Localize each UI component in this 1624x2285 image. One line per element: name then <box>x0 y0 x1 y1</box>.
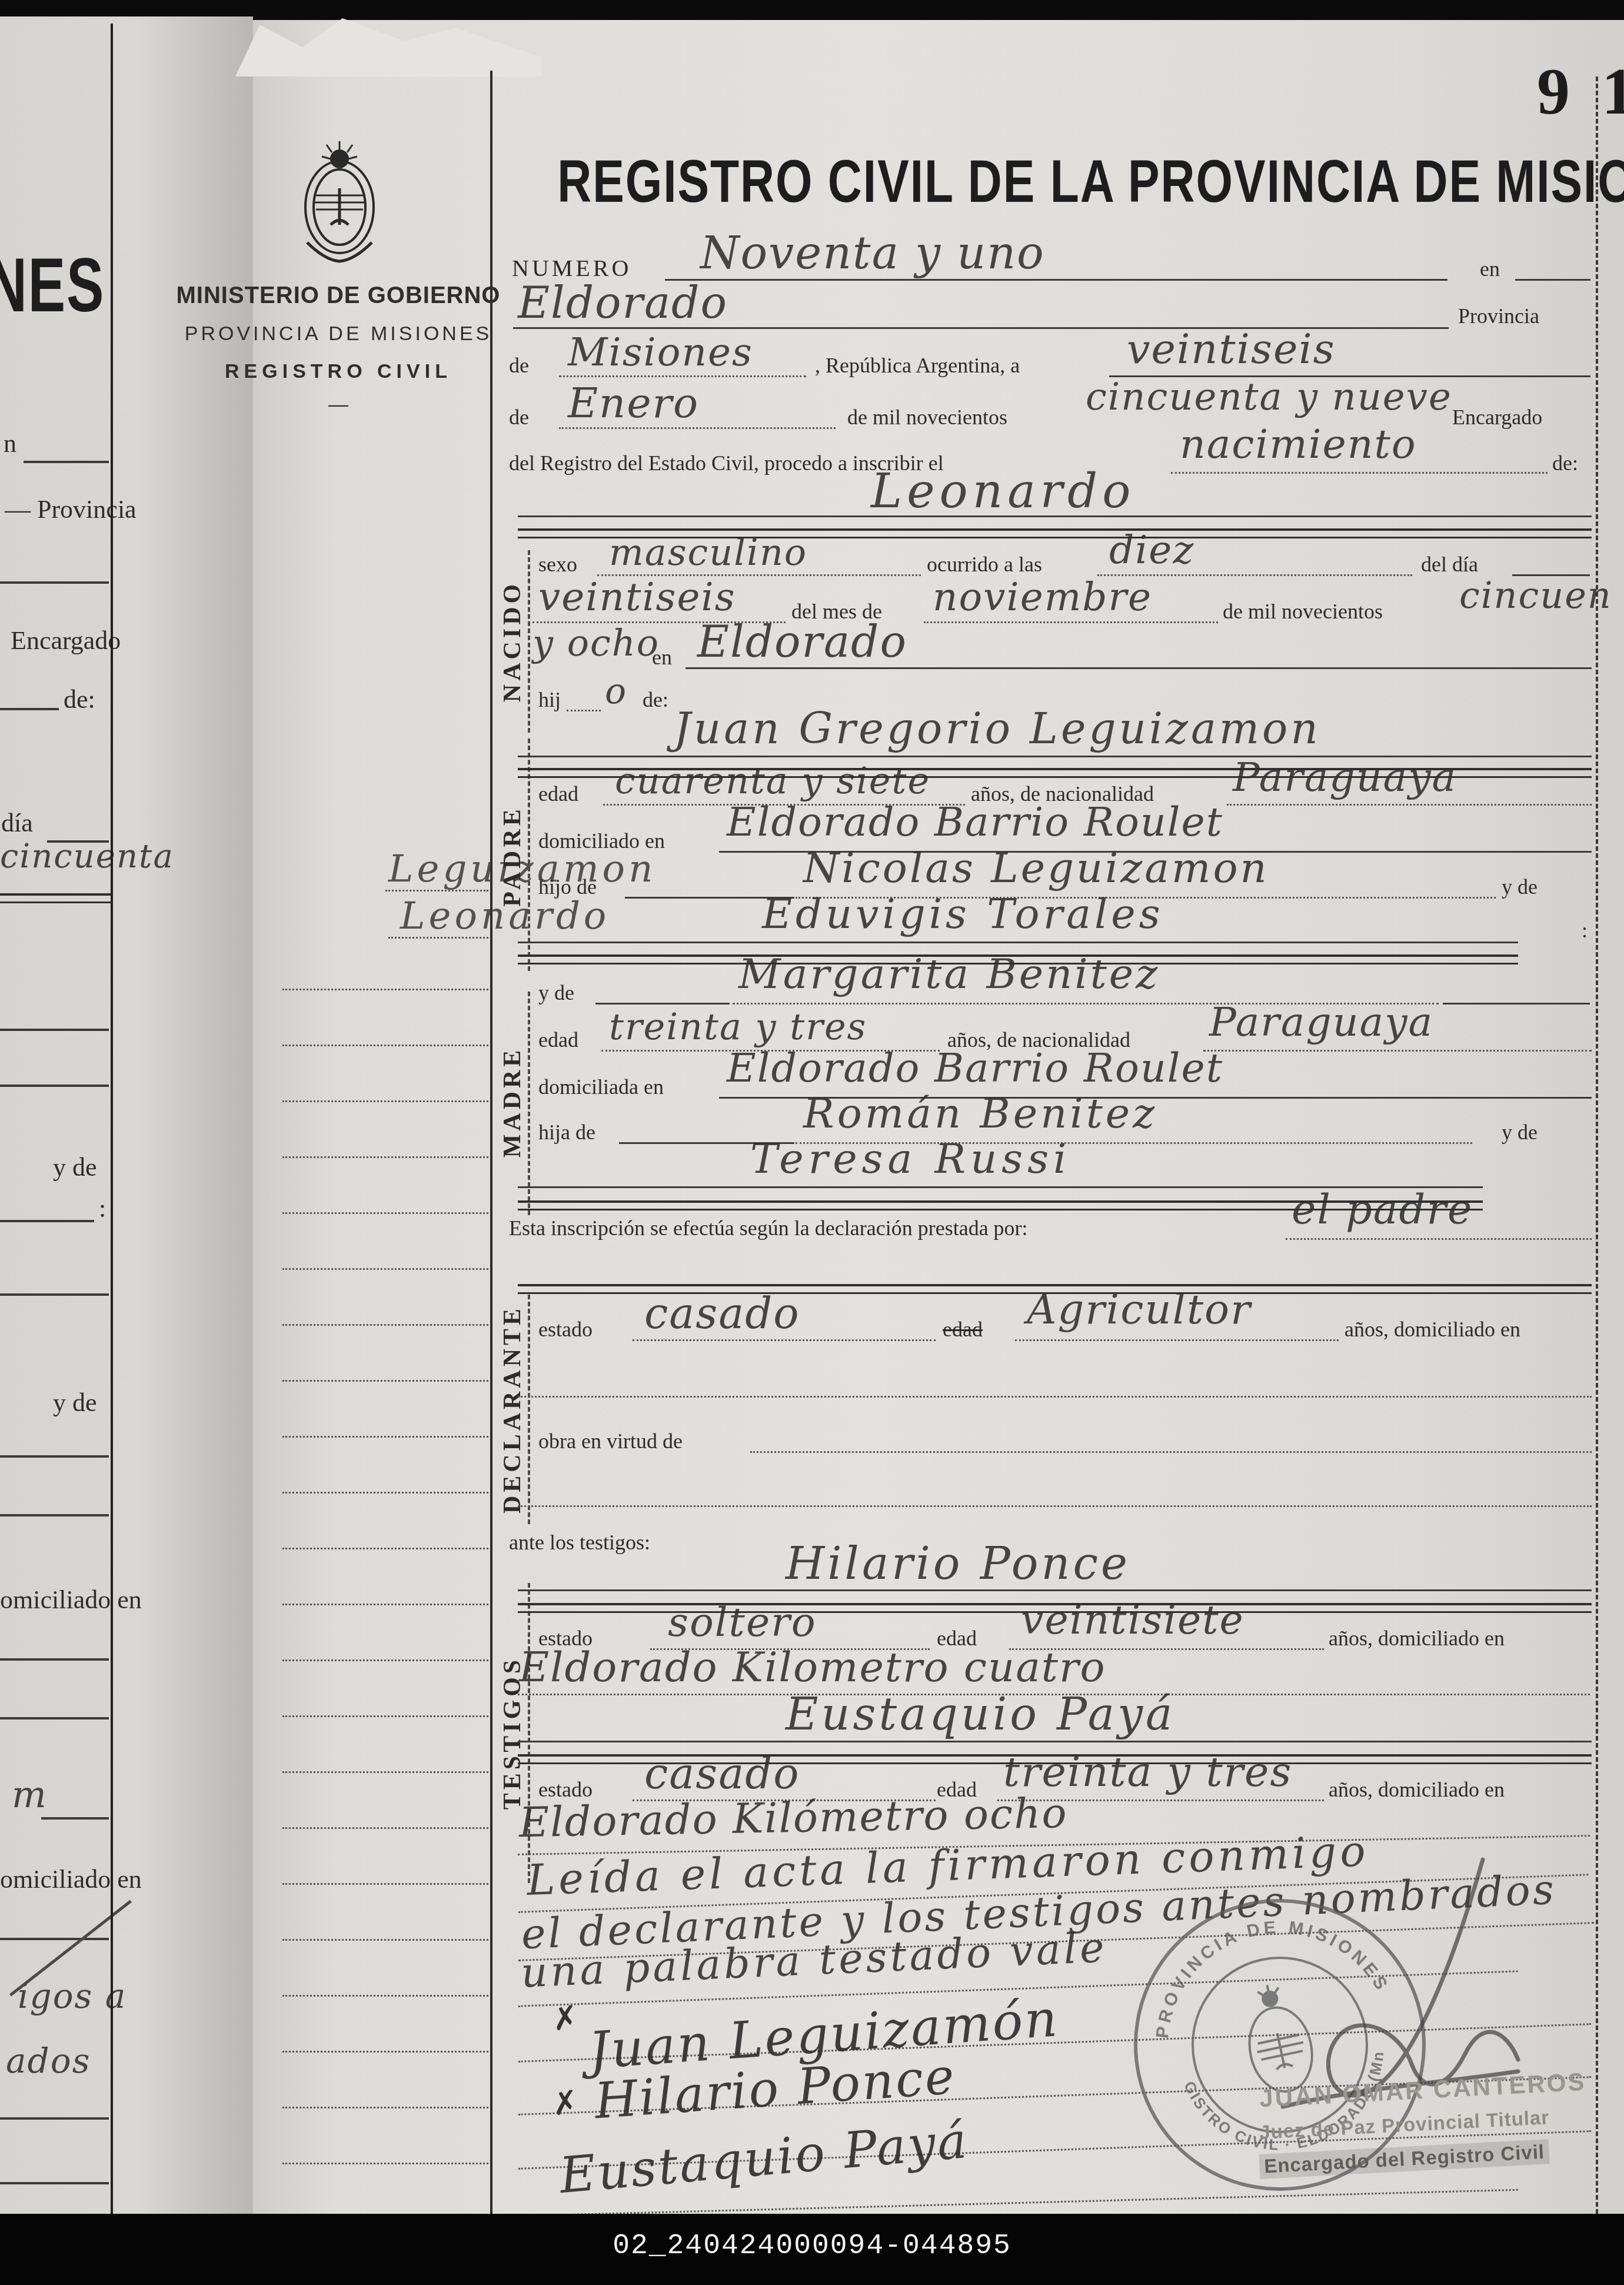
en-label: en <box>1480 257 1500 281</box>
padre-hijo-de-label: hijo de <box>538 874 597 899</box>
prev-fragment-provincia: — Provincia <box>5 494 137 524</box>
margin-dotted-line <box>282 1212 488 1214</box>
margin-dotted-line <box>282 2163 488 2164</box>
encargado-label: Encargado <box>1452 405 1542 430</box>
prev-fragment-yde: y de <box>53 1152 97 1182</box>
scan-reference-code: 02_240424000094-044895 <box>0 2230 1624 2262</box>
prev-handwriting-cincuenta: cincuenta <box>0 837 174 876</box>
ministry-name: MINISTERIO DE GOBIERNO <box>174 282 503 309</box>
del-dia-label: del día <box>1421 552 1478 577</box>
prev-line <box>0 1293 109 1296</box>
section-bracket-madre <box>528 992 530 1215</box>
lugar-value: Eldorado <box>697 617 907 667</box>
prev-fragment-colon: : <box>99 1193 106 1223</box>
hijo-o-value: o <box>605 671 627 712</box>
margin-dotted-line <box>282 1939 488 1941</box>
section-bracket-declarante <box>528 1295 530 1524</box>
page-number-left-digit: 9 <box>1537 54 1570 130</box>
prev-fragment-encargado: Encargado <box>11 626 121 656</box>
prev-line <box>0 581 109 584</box>
field-line <box>559 375 806 377</box>
field-line <box>567 710 601 711</box>
margin-dotted-line <box>282 1715 488 1717</box>
field-line <box>750 1451 1592 1453</box>
witness1-domicilio-value: Eldorado Kilometro cuatro <box>519 1643 1106 1691</box>
margin-dotted-line <box>282 1268 488 1270</box>
padre-nacionalidad-value: Paraguaya <box>1233 754 1457 801</box>
province-name-value: Misiones <box>568 330 753 375</box>
blank-line <box>518 1396 1592 1398</box>
field-line <box>518 1589 1592 1591</box>
novecientos-label2: de mil novecientos <box>1223 599 1383 624</box>
event-value: nacimiento <box>1180 421 1417 468</box>
witness1-edad-value: veintisiete <box>1021 1597 1244 1644</box>
declarante-ocupacion-value: Agricultor <box>1027 1285 1252 1333</box>
prev-line <box>0 2117 109 2120</box>
margin-dotted-line <box>282 1156 488 1158</box>
provincia-label: Provincia <box>1458 304 1539 328</box>
prev-line <box>0 1085 109 1087</box>
field-line <box>518 515 1592 517</box>
inscripcion-label: Esta inscripción se efectúa según la dec… <box>509 1216 1028 1240</box>
madre-nacionalidad-value: Paraguaya <box>1209 999 1433 1046</box>
field-line <box>559 427 836 429</box>
madre-hija-de-label: hija de <box>538 1120 595 1145</box>
margin-dotted-line <box>385 890 488 892</box>
mes-value: noviembre <box>933 574 1152 620</box>
field-line <box>1515 279 1590 281</box>
city-value: Eldorado <box>518 278 728 328</box>
blank-line <box>518 1505 1592 1507</box>
prev-line <box>0 2182 109 2184</box>
field-line <box>1286 1238 1592 1240</box>
signature-x-mark: ✗ <box>550 2083 581 2123</box>
margin-dotted-line <box>388 937 488 939</box>
prev-page-title-fragment: NES <box>0 242 105 330</box>
de-label2: de <box>509 405 529 430</box>
section-bracket-nacido <box>528 550 530 733</box>
form-left-border <box>490 71 492 2214</box>
mother-name-value: Margarita Benitez <box>738 950 1160 998</box>
prev-handwriting-ados: ados <box>6 2041 91 2081</box>
page-number-right-digit: 1 <box>1602 54 1624 130</box>
hij-label: hij <box>538 687 561 712</box>
prev-line <box>0 1938 109 1940</box>
field-line <box>633 1339 936 1341</box>
ministry-province: PROVINCIA DE MISIONES <box>174 322 503 345</box>
month-value: Enero <box>568 379 699 427</box>
margin-dotted-line <box>282 1883 488 1885</box>
section-label-nacido: NACIDO <box>498 518 528 765</box>
novecientos-label: de mil novecientos <box>847 405 1007 430</box>
prev-line <box>0 1514 109 1516</box>
section-label-madre: MADRE <box>498 979 528 1226</box>
document-title: REGISTRO CIVIL DE LA PROVINCIA DE MISION… <box>557 147 1549 217</box>
field-line <box>1203 1050 1592 1052</box>
margin-dotted-line <box>282 1827 488 1829</box>
ocurrido-label: ocurrido a las <box>927 552 1042 577</box>
declarante-estado-value: casado <box>644 1289 800 1338</box>
padre-domicilio-label: domiciliado en <box>538 829 665 853</box>
prev-fragment-n: n <box>4 428 16 458</box>
child-name-value: Leonardo <box>871 464 1135 518</box>
madre-domicilio-label: domiciliada en <box>538 1075 664 1099</box>
republica-label: , República Argentina, a <box>815 353 1020 378</box>
prev-line <box>0 1220 94 1222</box>
father-name-value: Juan Gregorio Leguizamon <box>674 704 1321 753</box>
margin-dotted-line <box>282 989 488 990</box>
prev-line <box>0 708 59 710</box>
margin-dotted-line <box>282 1604 488 1605</box>
witness2-estado-value: casado <box>644 1749 800 1798</box>
prev-fragment-yde2: y de <box>53 1388 97 1418</box>
hora-value: diez <box>1109 527 1194 573</box>
de-colon-label: de: <box>1552 451 1578 475</box>
ante-los-testigos-label: ante los testigos: <box>509 1530 650 1555</box>
field-line <box>924 621 1218 623</box>
section-label-declarante: DECLARANTE <box>498 1286 528 1533</box>
anio-clip: cincuen <box>1459 574 1623 630</box>
madre-edad-value: treinta y tres <box>609 1005 867 1048</box>
ministry-dash: — <box>174 393 503 416</box>
prev-line <box>0 1658 109 1661</box>
maternal-grandfather-value: Román Benitez <box>803 1089 1157 1137</box>
anio2-value: y ocho <box>533 621 660 664</box>
prev-double-line <box>0 893 111 903</box>
prev-handwriting-m: m <box>12 1773 48 1816</box>
margin-dotted-line <box>282 1100 488 1102</box>
obra-en-virtud-label: obra en virtud de <box>538 1429 683 1454</box>
ministry-office: REGISTRO CIVIL <box>174 360 503 383</box>
padre-colon: : <box>1582 918 1588 943</box>
declarado-por-value: el padre <box>1292 1185 1473 1233</box>
margin-dotted-line <box>282 1659 488 1661</box>
field-line <box>1171 472 1548 474</box>
margin-dotted-line <box>282 1492 488 1494</box>
field-line <box>595 1003 730 1005</box>
witness1-anios-label: años, domiciliado en <box>1329 1626 1505 1651</box>
form-right-border <box>1596 77 1598 2214</box>
field-line <box>1227 804 1592 806</box>
margin-dotted-line <box>282 1548 488 1549</box>
margin-dotted-line <box>282 1324 488 1326</box>
paternal-grandfather-value: Nicolas Leguizamon <box>803 844 1269 892</box>
prev-page-border-line <box>111 24 113 2214</box>
prev-line <box>0 1455 109 1458</box>
witness1-estado-value: soltero <box>668 1599 817 1646</box>
margin-dotted-line <box>282 1380 488 1382</box>
sexo-label: sexo <box>538 552 577 577</box>
field-line <box>1015 1339 1339 1341</box>
field-line <box>685 667 1592 669</box>
madre-domicilio-value: Eldorado Barrio Roulet <box>727 1045 1223 1092</box>
sexo-value: masculino <box>609 531 807 574</box>
field-line <box>518 1741 1592 1742</box>
witness2-name-value: Eustaquio Payá <box>786 1688 1175 1740</box>
field-line <box>1443 1003 1590 1005</box>
madre-y-de-label: y de <box>538 980 574 1005</box>
prev-line <box>0 1029 109 1031</box>
madre-y-de-label2: y de <box>1502 1120 1538 1145</box>
madre-edad-label: edad <box>538 1027 578 1052</box>
de-colon-label2: de: <box>643 687 668 712</box>
declarante-anios-label: años, domiciliado en <box>1345 1317 1520 1342</box>
witness2-anios-label: años, domiciliado en <box>1329 1777 1505 1802</box>
margin-dotted-line <box>282 2107 488 2108</box>
scanned-birth-certificate: NES n — Provincia Encargado de: día cinc… <box>0 0 1624 2285</box>
padre-y-de-label: y de <box>1502 874 1538 899</box>
margin-dotted-line <box>282 2051 488 2053</box>
maternal-grandmother-value: Teresa Russi <box>750 1135 1071 1183</box>
witness2-domicilio-value: Eldorado Kilómetro ocho <box>518 1789 1068 1847</box>
prev-fragment-de: de: <box>64 684 95 714</box>
en-label2: en <box>652 645 672 670</box>
prev-line <box>0 1717 109 1719</box>
declarante-estado-label: estado <box>538 1317 593 1342</box>
declarante-edad-label: edad <box>943 1317 983 1342</box>
signature-x-mark: ✗ <box>550 1998 581 2038</box>
prev-fragment-domiciliado: omiciliado en <box>0 1585 142 1615</box>
anio-value: cincuen <box>1459 574 1612 617</box>
margin-dotted-line <box>282 1995 488 1997</box>
field-line <box>518 942 1518 943</box>
padre-domicilio-value: Eldorado Barrio Roulet <box>727 799 1223 846</box>
de-label: de <box>509 353 529 378</box>
margin-dotted-line <box>282 1045 488 1046</box>
padre-edad-value: cuarenta y siete <box>615 759 930 802</box>
prev-line <box>41 1817 109 1820</box>
year-value: cincuenta y nueve <box>1086 375 1452 419</box>
margin-dotted-line <box>282 1436 488 1438</box>
argentina-coat-of-arms-icon <box>289 137 390 266</box>
margin-dotted-line <box>282 1771 488 1773</box>
dia-value: veintiseis <box>538 574 736 620</box>
paternal-grandmother-value: Eduvigis Torales <box>762 890 1164 938</box>
prev-line <box>24 461 109 463</box>
prev-fragment-dia: día <box>1 808 33 838</box>
day-value: veintiseis <box>1127 325 1336 373</box>
padre-edad-label: edad <box>538 781 578 806</box>
witness1-name-value: Hilario Ponce <box>786 1537 1130 1589</box>
previous-page-edge: NES n — Provincia Encargado de: día cinc… <box>0 16 253 2217</box>
numero-value: Noventa y uno <box>700 227 1045 279</box>
field-line <box>665 279 1447 281</box>
prev-fragment-domiciliado2: omiciliado en <box>0 1864 142 1894</box>
